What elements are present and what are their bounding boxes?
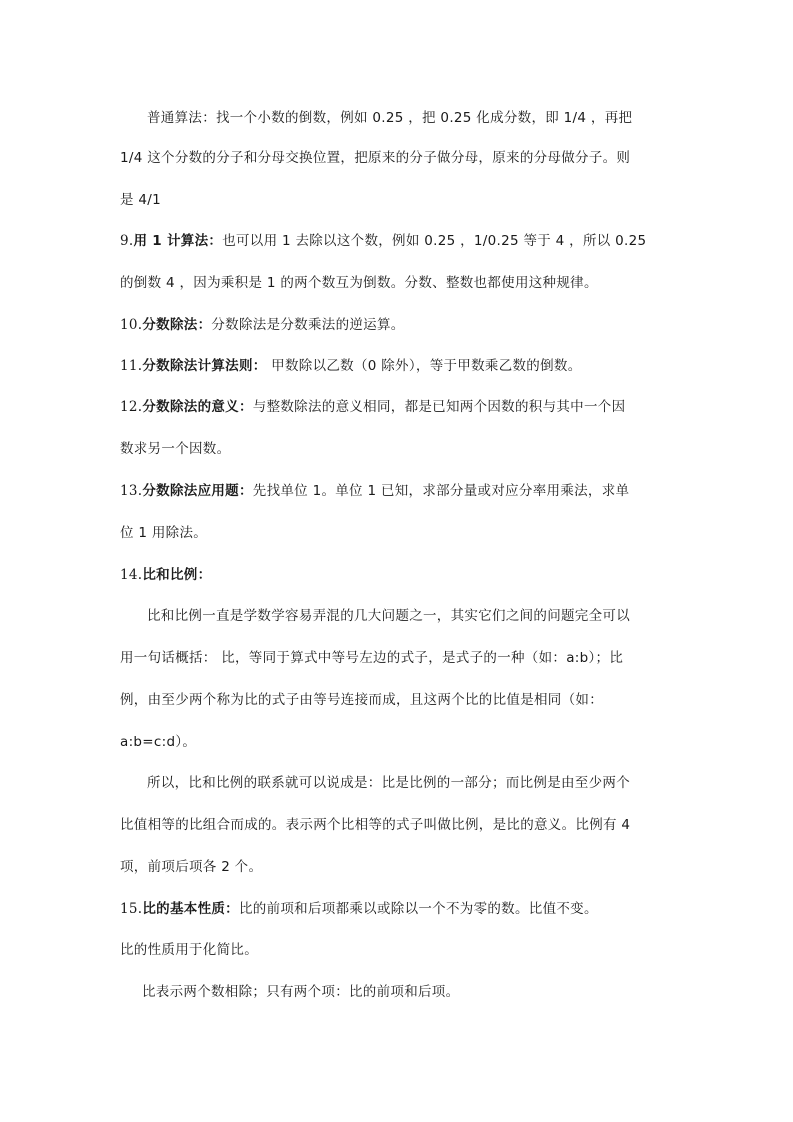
section-number: 9. (120, 233, 133, 249)
section-heading: 比和比例： (142, 567, 211, 583)
section-heading: 比的基本性质： (142, 901, 239, 917)
section-heading: 分数除法： (142, 317, 211, 333)
section-9-line: 9.用 1 计算法：也可以用 1 去除以这个数，例如 0.25 ，1/0.25 … (120, 231, 680, 251)
text-line: 普通算法：找一个小数的倒数，例如 0.25 ，把 0.25 化成分数，即 1/4… (147, 108, 707, 128)
section-heading: 分数除法的意义： (142, 399, 252, 415)
text-line: 比值相等的比组合而成的。表示两个比相等的式子叫做比例，是比的意义。比例有 4 (120, 815, 680, 835)
section-13-line: 13.分数除法应用题：先找单位 1。单位 1 已知，求部分量或对应分率用乘法，求… (120, 481, 680, 501)
document-page: 普通算法：找一个小数的倒数，例如 0.25 ，把 0.25 化成分数，即 1/4… (0, 0, 793, 1122)
section-text: 比的前项和后项都乘以或除以一个不为零的数。比值不变。 (239, 901, 598, 917)
section-heading: 用 1 计算法： (133, 233, 222, 249)
section-14-line: 14.比和比例： (120, 565, 680, 585)
section-text: 分数除法是分数乘法的逆运算。 (211, 317, 404, 333)
section-number: 12. (120, 399, 142, 415)
section-number: 15. (120, 901, 142, 917)
text-line: 是 4/1 (120, 190, 680, 210)
text-line: 项，前项后项各 2 个。 (120, 857, 680, 877)
text-line: 数求另一个因数。 (120, 439, 680, 459)
text-line: 比表示两个数相除；只有两个项：比的前项和后项。 (142, 982, 702, 1002)
section-text: 甲数除以乙数（0 除外），等于甲数乘乙数的倒数。 (267, 358, 582, 374)
section-10-line: 10.分数除法：分数除法是分数乘法的逆运算。 (120, 315, 680, 335)
section-number: 14. (120, 567, 142, 583)
text-line: a:b=c:d）。 (120, 732, 680, 752)
text-line: 比和比例一直是学数学容易弄混的几大问题之一，其实它们之间的问题完全可以 (147, 606, 707, 626)
text-line: 1/4 这个分数的分子和分母交换位置，把原来的分子做分母，原来的分母做分子。则 (120, 148, 680, 168)
section-number: 10. (120, 317, 142, 333)
text-line: 的倒数 4 ，因为乘积是 1 的两个数互为倒数。分数、整数也都使用这种规律。 (120, 273, 680, 293)
text-line: 例，由至少两个称为比的式子由等号连接而成，且这两个比的比值是相同（如： (120, 690, 680, 710)
section-15-line: 15.比的基本性质：比的前项和后项都乘以或除以一个不为零的数。比值不变。 (120, 899, 680, 919)
text-line: 比的性质用于化简比。 (120, 940, 680, 960)
section-number: 11. (120, 358, 142, 374)
section-number: 13. (120, 483, 142, 499)
section-heading: 分数除法应用题： (142, 483, 252, 499)
section-12-line: 12.分数除法的意义：与整数除法的意义相同，都是已知两个因数的积与其中一个因 (120, 397, 680, 417)
section-11-line: 11.分数除法计算法则： 甲数除以乙数（0 除外），等于甲数乘乙数的倒数。 (120, 356, 680, 376)
section-text: 与整数除法的意义相同，都是已知两个因数的积与其中一个因 (253, 399, 626, 415)
section-heading: 分数除法计算法则： (142, 358, 266, 374)
text-line: 位 1 用除法。 (120, 523, 680, 543)
text-line: 所以，比和比例的联系就可以说成是：比是比例的一部分；而比例是由至少两个 (147, 773, 707, 793)
section-text: 先找单位 1。单位 1 已知，求部分量或对应分率用乘法，求单 (253, 483, 630, 499)
text-line: 用一句话概括： 比，等同于算式中等号左边的式子，是式子的一种（如：a:b）；比 (120, 648, 680, 668)
section-text: 也可以用 1 去除以这个数，例如 0.25 ，1/0.25 等于 4 ，所以 0… (222, 233, 646, 249)
